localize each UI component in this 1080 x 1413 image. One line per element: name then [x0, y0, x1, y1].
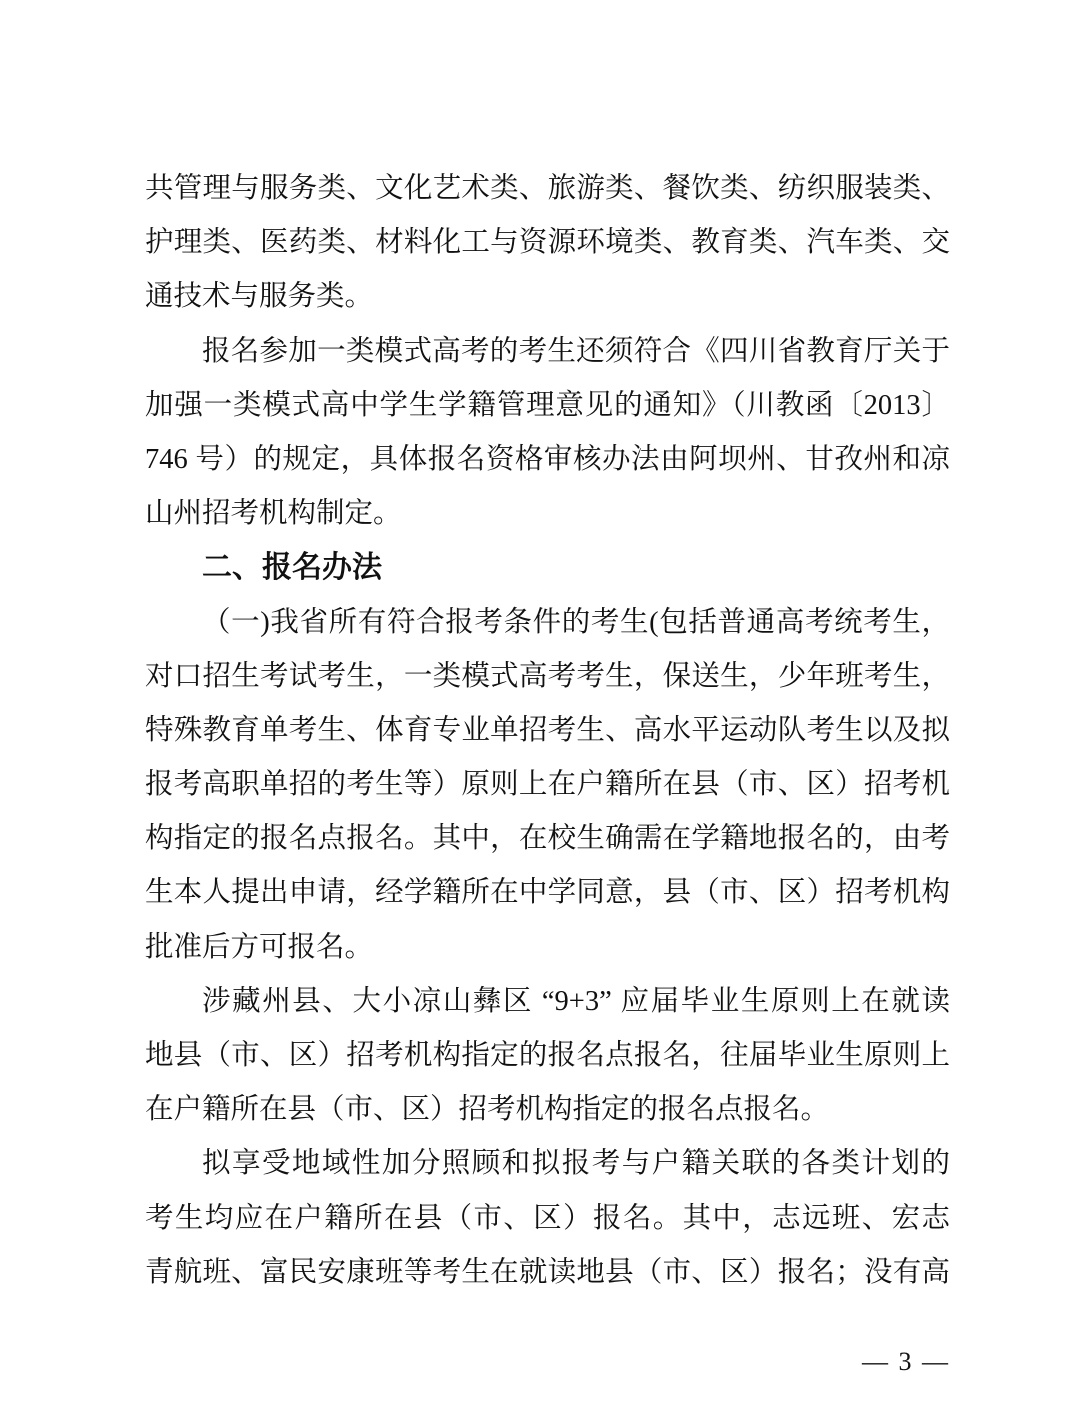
text-line: 特殊教育单考生、体育专业单招考生、高水平运动队考生以及拟: [145, 704, 950, 758]
text-line: 青航班、富民安康班等考生在就读地县（市、区）报名；没有高: [145, 1246, 950, 1300]
text-line: 加强一类模式高中学生学籍管理意见的通知》（川教函〔2013〕: [145, 379, 950, 433]
text-line: 报考高职单招的考生等）原则上在户籍所在县（市、区）招考机: [145, 758, 950, 812]
text-line: 拟享受地域性加分照顾和拟报考与户籍关联的各类计划的: [145, 1137, 950, 1191]
page-number: — 3 —: [145, 1344, 950, 1380]
text-line: 护理类、医药类、材料化工与资源环境类、教育类、汽车类、交: [145, 216, 950, 270]
text-line: 考生均应在户籍所在县（市、区）报名。其中，志远班、宏志班、: [145, 1192, 950, 1246]
text-line: 山州招考机构制定。: [145, 487, 950, 541]
text-line: 生本人提出申请，经学籍所在中学同意，县（市、区）招考机构: [145, 866, 950, 920]
text-line: 涉藏州县、大小凉山彝区 “9+3” 应届毕业生原则上在就读: [145, 975, 950, 1029]
text-line: 二、报名办法: [145, 541, 950, 595]
text-line: 构指定的报名点报名。其中，在校生确需在学籍地报名的，由考: [145, 812, 950, 866]
document-body: 共管理与服务类、文化艺术类、旅游类、餐饮类、纺织服装类、护理类、医药类、材料化工…: [145, 162, 950, 1300]
text-line: 报名参加一类模式高考的考生还须符合《四川省教育厅关于: [145, 325, 950, 379]
text-line: 地县（市、区）招考机构指定的报名点报名，往届毕业生原则上: [145, 1029, 950, 1083]
text-line: 共管理与服务类、文化艺术类、旅游类、餐饮类、纺织服装类、: [145, 162, 950, 216]
text-line: 批准后方可报名。: [145, 921, 950, 975]
text-line: 通技术与服务类。: [145, 270, 950, 324]
text-line: 在户籍所在县（市、区）招考机构指定的报名点报名。: [145, 1083, 950, 1137]
document-page: 共管理与服务类、文化艺术类、旅游类、餐饮类、纺织服装类、护理类、医药类、材料化工…: [0, 0, 1080, 1413]
text-line: 746 号）的规定，具体报名资格审核办法由阿坝州、甘孜州和凉: [145, 433, 950, 487]
text-line: 对口招生考试考生，一类模式高考考生，保送生，少年班考生，: [145, 650, 950, 704]
text-line: （一)我省所有符合报考条件的考生(包括普通高考统考生，: [145, 596, 950, 650]
